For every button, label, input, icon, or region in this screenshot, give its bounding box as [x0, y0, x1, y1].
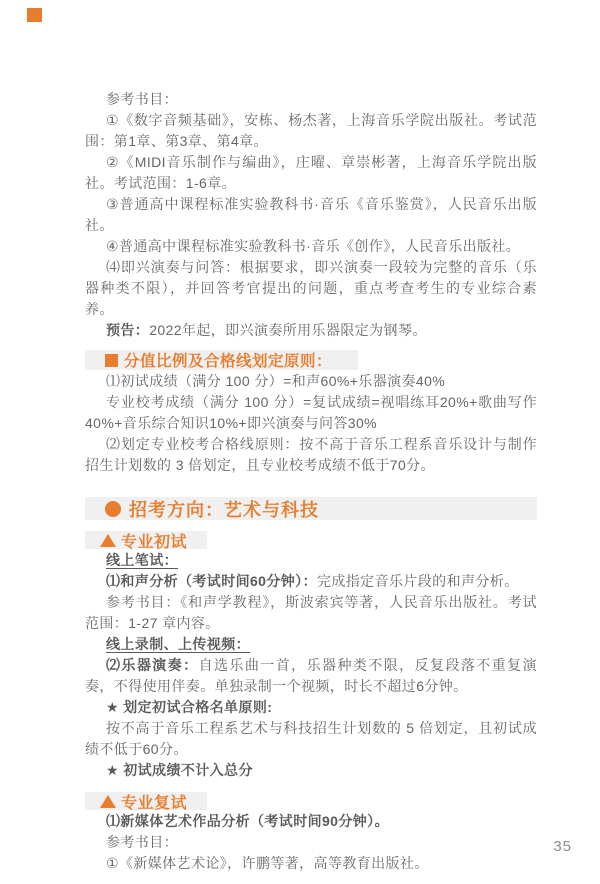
text-run: 专业校考成绩（满分 100 分）=复试成绩=视唱练耳20%+歌曲写作40%+音乐…: [85, 394, 537, 431]
page-number: 35: [553, 838, 572, 855]
text-run: ③普通高中课程标准实验教科书·音乐《音乐鉴赏》，人民音乐出版社。: [85, 196, 537, 233]
document-content: 参考书目：①《数字音频基础》，安栋、杨杰著，上海音乐学院出版社。考试范围：第1章…: [85, 89, 537, 874]
paragraph: 线上笔试：: [85, 550, 537, 571]
bold-text-run: 预告：: [106, 322, 149, 338]
text-run: ⑵划定专业校考合格线原则：按不高于音乐工程系音乐设计与制作招生计划数的 3 倍划…: [85, 436, 537, 473]
section-heading: 分值比例及合格线划定原则：: [85, 350, 358, 370]
section-heading: 专业复试: [85, 792, 207, 810]
paragraph: ⑴初试成绩（满分 100 分）=和声60%+乐器演奏40%: [85, 371, 537, 392]
bold-text-run: 线上笔试：: [106, 552, 178, 568]
heading-label: 专业初试: [121, 529, 187, 552]
paragraph: 参考书目：: [85, 89, 537, 110]
text-run: ⑷即兴演奏与问答：根据要求，即兴演奏一段较为完整的音乐（乐器种类不限），并回答考…: [85, 259, 537, 317]
section-heading: 专业初试: [85, 531, 207, 549]
paragraph: 参考书目：: [85, 832, 537, 853]
paragraph: ①《数字音频基础》，安栋、杨杰著，上海音乐学院出版社。考试范围：第1章、第3章、…: [85, 110, 537, 152]
paragraph: ②《MIDI音乐制作与编曲》，庄曜、章崇彬著，上海音乐学院出版社。考试范围：1-…: [85, 152, 537, 194]
paragraph: ★ 初试成绩不计入总分: [85, 760, 537, 781]
heading-label: 专业复试: [121, 790, 187, 813]
paragraph: 参考书目：《和声学教程》，斯波索宾等著，人民音乐出版社。考试范围：1-27 章内…: [85, 592, 537, 634]
paragraph: ③普通高中课程标准实验教科书·音乐《音乐鉴赏》，人民音乐出版社。: [85, 194, 537, 236]
text-run: 完成指定音乐片段的和声分析。: [317, 573, 519, 589]
triangle-bullet-icon: [100, 534, 116, 547]
text-run: 按不高于音乐工程系艺术与科技招生计划数的 5 倍划定，且初试成绩不低于60分。: [85, 720, 537, 757]
text-run: ①《新媒体艺术论》，许鹏等著，高等教育出版社。: [106, 855, 429, 871]
circle-bullet-icon: [105, 501, 121, 517]
paragraph: 按不高于音乐工程系艺术与科技招生计划数的 5 倍划定，且初试成绩不低于60分。: [85, 718, 537, 760]
paragraph: ④普通高中课程标准实验教科书·音乐《创作》，人民音乐出版社。: [85, 236, 537, 257]
page-corner-mark: [27, 8, 42, 22]
text-run: 2022年起，即兴演奏所用乐器限定为钢琴。: [149, 322, 427, 338]
triangle-bullet-icon: [100, 795, 116, 808]
paragraph: ⑵划定专业校考合格线原则：按不高于音乐工程系音乐设计与制作招生计划数的 3 倍划…: [85, 434, 537, 476]
paragraph: 预告：2022年起，即兴演奏所用乐器限定为钢琴。: [85, 320, 537, 341]
heading-label: 分值比例及合格线划定原则：: [124, 349, 332, 371]
section-heading: 招考方向：艺术与科技: [85, 497, 537, 520]
bold-text-run: ★ 划定初试合格名单原则:: [106, 699, 272, 715]
paragraph: 线上录制、上传视频：: [85, 634, 537, 655]
text-run: 参考书目：: [106, 834, 178, 850]
paragraph: ⑵乐器演奏：自选乐曲一首，乐器种类不限，反复段落不重复演奏，不得使用伴奏。单独录…: [85, 655, 537, 697]
bold-text-run: ⑴新媒体艺术作品分析（考试时间90分钟）。: [106, 813, 389, 829]
heading-label: 招考方向：艺术与科技: [129, 496, 319, 522]
text-run: ④普通高中课程标准实验教科书·音乐《创作》，人民音乐出版社。: [106, 238, 520, 254]
document-page: 参考书目：①《数字音频基础》，安栋、杨杰著，上海音乐学院出版社。考试范围：第1章…: [0, 0, 600, 884]
square-bullet-icon: [105, 354, 118, 367]
paragraph: ⑴和声分析（考试时间60分钟）：完成指定音乐片段的和声分析。: [85, 571, 537, 592]
bold-text-run: 线上录制、上传视频：: [106, 636, 250, 652]
bold-text-run: ⑴和声分析（考试时间60分钟）：: [106, 573, 317, 589]
text-run: ①《数字音频基础》，安栋、杨杰著，上海音乐学院出版社。考试范围：第1章、第3章、…: [85, 112, 537, 149]
paragraph: ⑴新媒体艺术作品分析（考试时间90分钟）。: [85, 811, 537, 832]
text-run: 参考书目：《和声学教程》，斯波索宾等著，人民音乐出版社。考试范围：1-27 章内…: [85, 594, 537, 631]
bold-text-run: ⑵乐器演奏：: [106, 657, 199, 673]
text-run: ⑴初试成绩（满分 100 分）=和声60%+乐器演奏40%: [106, 373, 445, 389]
paragraph: ⑷即兴演奏与问答：根据要求，即兴演奏一段较为完整的音乐（乐器种类不限），并回答考…: [85, 257, 537, 320]
text-run: 参考书目：: [106, 91, 178, 107]
paragraph: ①《新媒体艺术论》，许鹏等著，高等教育出版社。: [85, 853, 537, 874]
text-run: ②《MIDI音乐制作与编曲》，庄曜、章崇彬著，上海音乐学院出版社。考试范围：1-…: [85, 154, 537, 191]
paragraph: 专业校考成绩（满分 100 分）=复试成绩=视唱练耳20%+歌曲写作40%+音乐…: [85, 392, 537, 434]
paragraph: ★ 划定初试合格名单原则:: [85, 697, 537, 718]
bold-text-run: ★ 初试成绩不计入总分: [106, 762, 253, 778]
